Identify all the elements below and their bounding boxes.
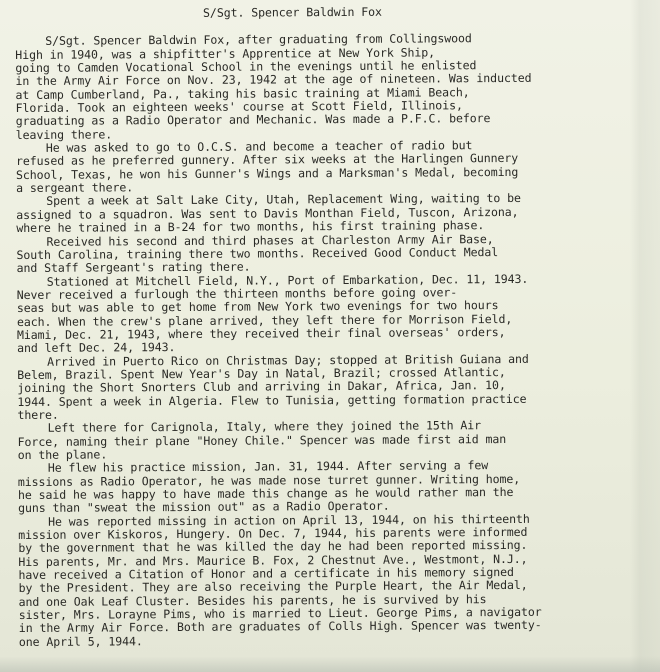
document-body: S/Sgt. Spencer Baldwin Fox, after gradua… [15,31,659,649]
paragraph: Stationed at Mitchell Field, N.Y., Port … [17,272,657,356]
paragraph: He flew his practice mission, Jan. 31, 1… [18,458,658,515]
paragraph: Arrived in Puerto Rico on Christmas Day;… [17,352,657,423]
text-line: one April 5, 1944. [19,632,659,649]
paragraph: Spent a week at Salt Lake City, Utah, Re… [16,192,656,236]
paragraph: Received his second and third phases at … [16,232,656,276]
paragraph: He was asked to go to O.C.S. and become … [16,138,656,195]
page-bottom-edge [0,656,660,672]
paper-page: S/Sgt. Spencer Baldwin Fox S/Sgt. Spence… [0,0,660,672]
paragraph: Left there for Carignola, Italy, where t… [18,418,658,462]
document-title: S/Sgt. Spencer Baldwin Fox [15,4,655,21]
paragraph: S/Sgt. Spencer Baldwin Fox, after gradua… [15,31,656,142]
paragraph: He was reported missing in action on Apr… [18,512,659,649]
typewritten-document: S/Sgt. Spencer Baldwin Fox S/Sgt. Spence… [15,4,659,649]
